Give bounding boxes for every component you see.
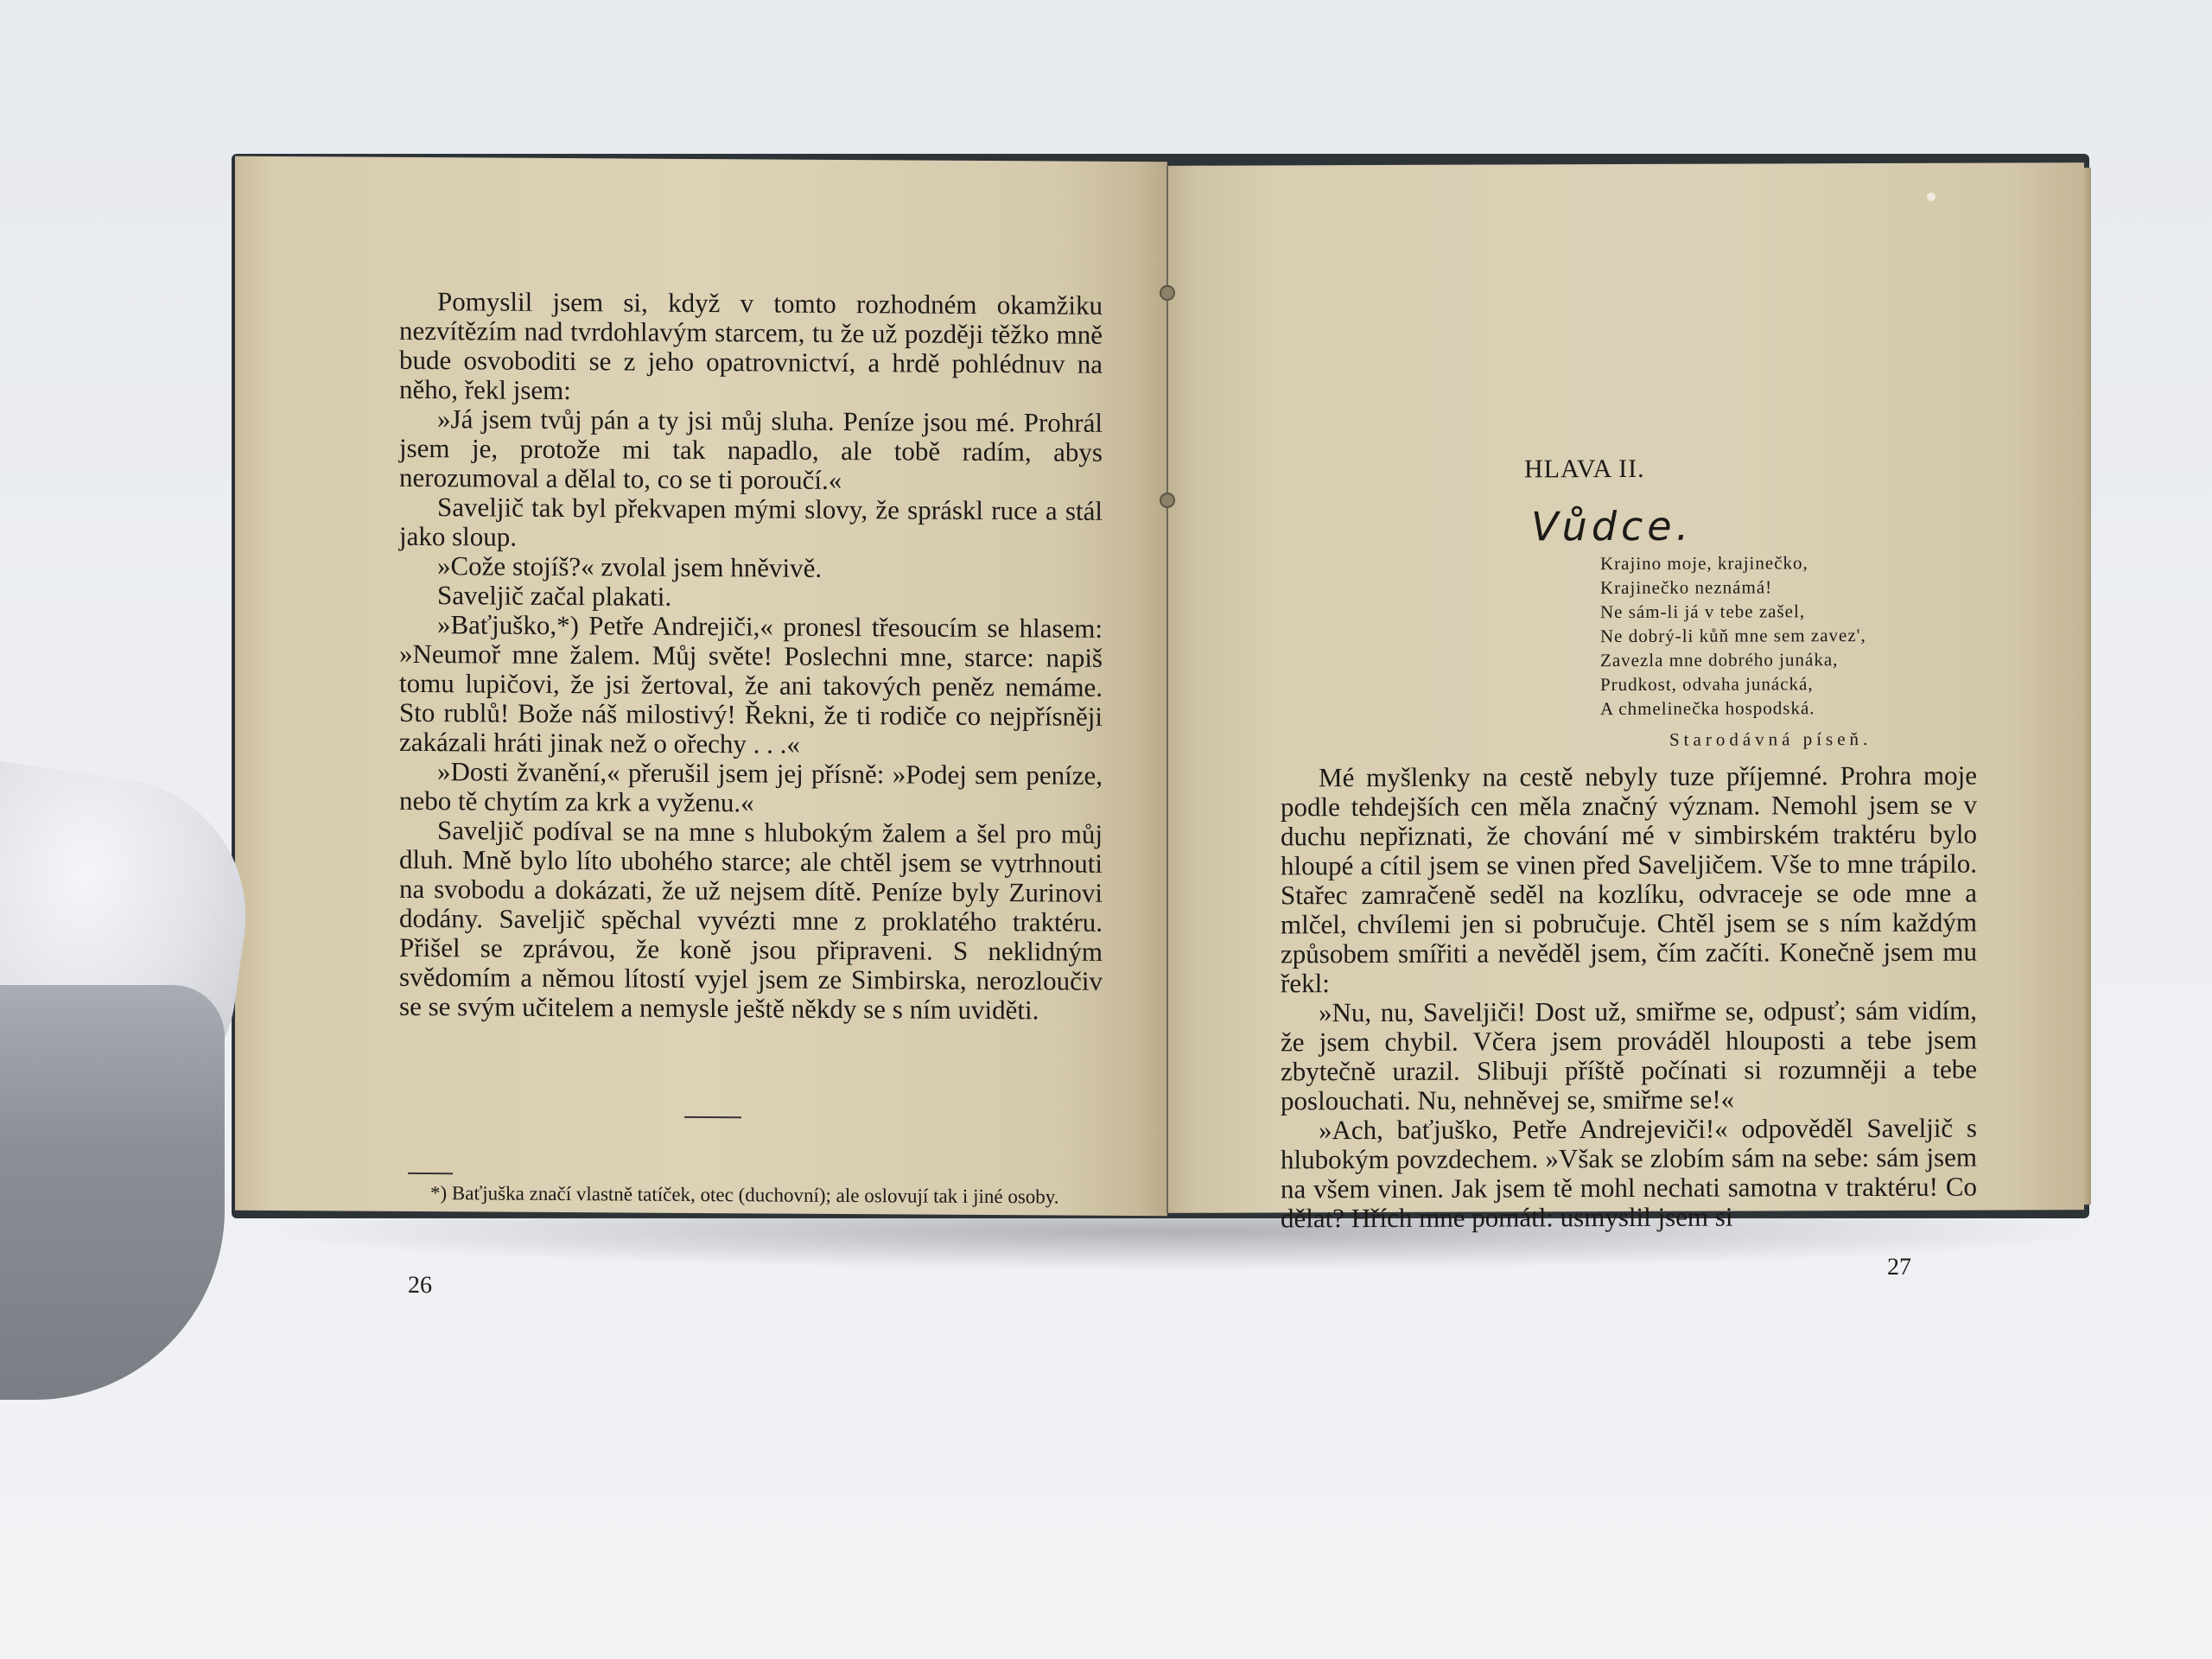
epigraph: Krajino moje, krajinečko, Krajinečko nez… xyxy=(1600,550,1866,721)
paragraph: Saveljič podíval se na mne s hlubokým ža… xyxy=(399,816,1103,1026)
left-page-body: Pomyslil jsem si, když v tomto rozhodném… xyxy=(399,287,1103,1026)
paragraph: »Baťjuško,*) Petře Andrejiči,« pronesl t… xyxy=(399,610,1103,761)
chapter-label: HLAVA II. xyxy=(1524,454,1645,484)
paragraph: Pomyslil jsem si, když v tomto rozhodném… xyxy=(399,287,1103,409)
page-number-right: 27 xyxy=(1887,1254,1911,1281)
left-page: Pomyslil jsem si, když v tomto rozhodném… xyxy=(235,156,1167,1217)
chapter-title: Vůdce. xyxy=(1531,503,1693,550)
right-page-body: Mé myšlenky na cestě nebyly tuze příjemn… xyxy=(1281,761,1977,1234)
paragraph: »Nu, nu, Saveljiči! Dost už, smiřme se, … xyxy=(1281,996,1977,1116)
epigraph-line: Ne dobrý-li kůň mne sem zavez', xyxy=(1600,623,1866,648)
paragraph: Mé myšlenky na cestě nebyly tuze příjemn… xyxy=(1281,761,1977,999)
binding-stitch xyxy=(1160,493,1175,508)
footnote-text: *) Baťjuška značí vlastně tatíček, otec … xyxy=(408,1179,1065,1211)
paper-spot xyxy=(1927,193,1935,201)
section-separator-rule xyxy=(684,1116,741,1118)
page-number-left: 26 xyxy=(408,1272,432,1300)
paragraph: »Dosti žvanění,« přerušil jsem jej přísn… xyxy=(399,757,1103,820)
epigraph-source: Starodávná píseň. xyxy=(1669,728,1872,751)
footnote: *) Baťjuška značí vlastně tatíček, otec … xyxy=(408,1179,1065,1211)
right-page: HLAVA II. Vůdce. Krajino moje, krajinečk… xyxy=(1166,162,2084,1213)
gloved-hand xyxy=(0,985,225,1400)
epigraph-line: Prudkost, odvaha junácká, xyxy=(1600,671,1866,696)
paragraph: »Ach, baťjuško, Petře Andrejeviči!« odpo… xyxy=(1281,1114,1977,1234)
epigraph-line: Zavezla mne dobrého junáka, xyxy=(1600,647,1866,672)
binding-stitch xyxy=(1160,285,1175,301)
footnote-rule xyxy=(408,1173,453,1174)
epigraph-line: A chmelinečka hospodská. xyxy=(1600,696,1866,721)
epigraph-line: Krajino moje, krajinečko, xyxy=(1600,550,1866,575)
paragraph: Saveljič tak byl překvapen mými slovy, ž… xyxy=(399,493,1103,556)
epigraph-line: Krajinečko neznámá! xyxy=(1600,575,1866,600)
paragraph: »Já jsem tvůj pán a ty jsi můj sluha. Pe… xyxy=(399,404,1103,497)
epigraph-line: Ne sám-li já v tebe zašel, xyxy=(1600,599,1866,624)
